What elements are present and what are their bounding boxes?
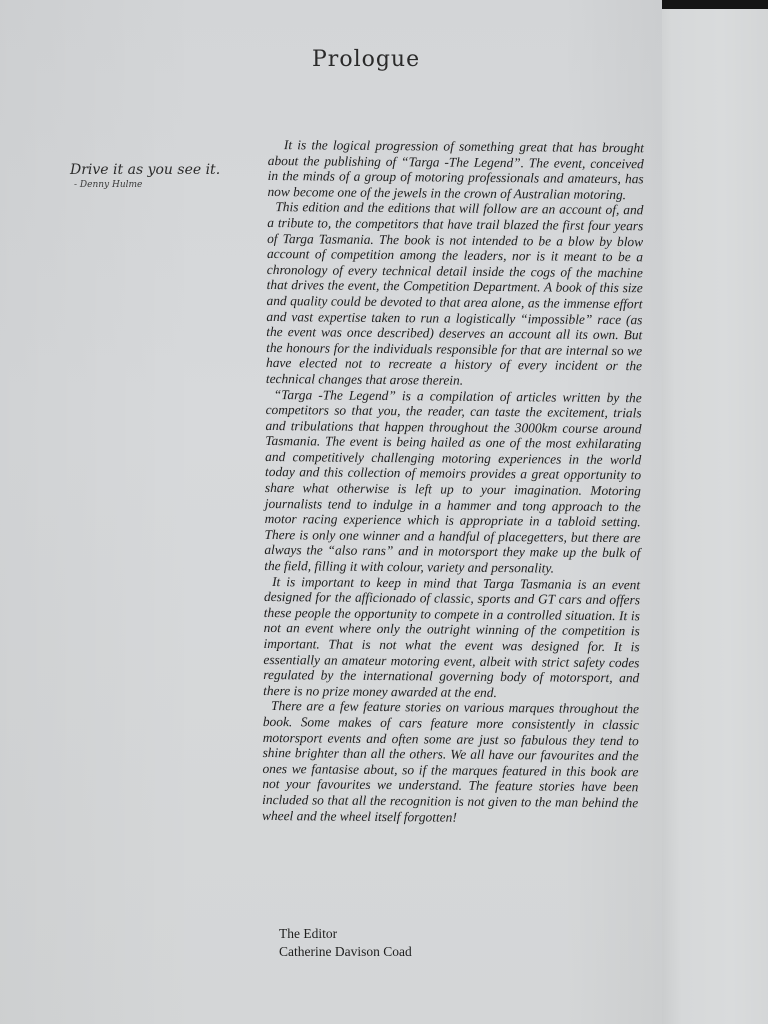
signature-role: The Editor [279,925,412,943]
epigraph: Drive it as you see it. - Denny Hulme [70,161,270,191]
book-page: Prologue Drive it as you see it. - Denny… [0,0,662,1024]
signature-block: The Editor Catherine Davison Coad [279,925,412,961]
paragraph: There are a few feature stories on vario… [262,698,639,826]
signature-name: Catherine Davison Coad [279,943,412,961]
paragraph: It is the logical progression of somethi… [267,137,644,203]
paragraph: This edition and the editions that will … [266,199,644,389]
prologue-body: It is the logical progression of somethi… [262,137,644,826]
epigraph-attribution: - Denny Hulme [74,179,270,191]
photo-scene: Prologue Drive it as you see it. - Denny… [0,0,768,1024]
paragraph: It is important to keep in mind that Tar… [263,574,640,702]
epigraph-quote: Drive it as you see it. [70,161,270,179]
adjacent-page-edge [650,9,768,1024]
paragraph: “Targa -The Legend” is a compilation of … [264,386,642,576]
page-title: Prologue [312,47,420,72]
